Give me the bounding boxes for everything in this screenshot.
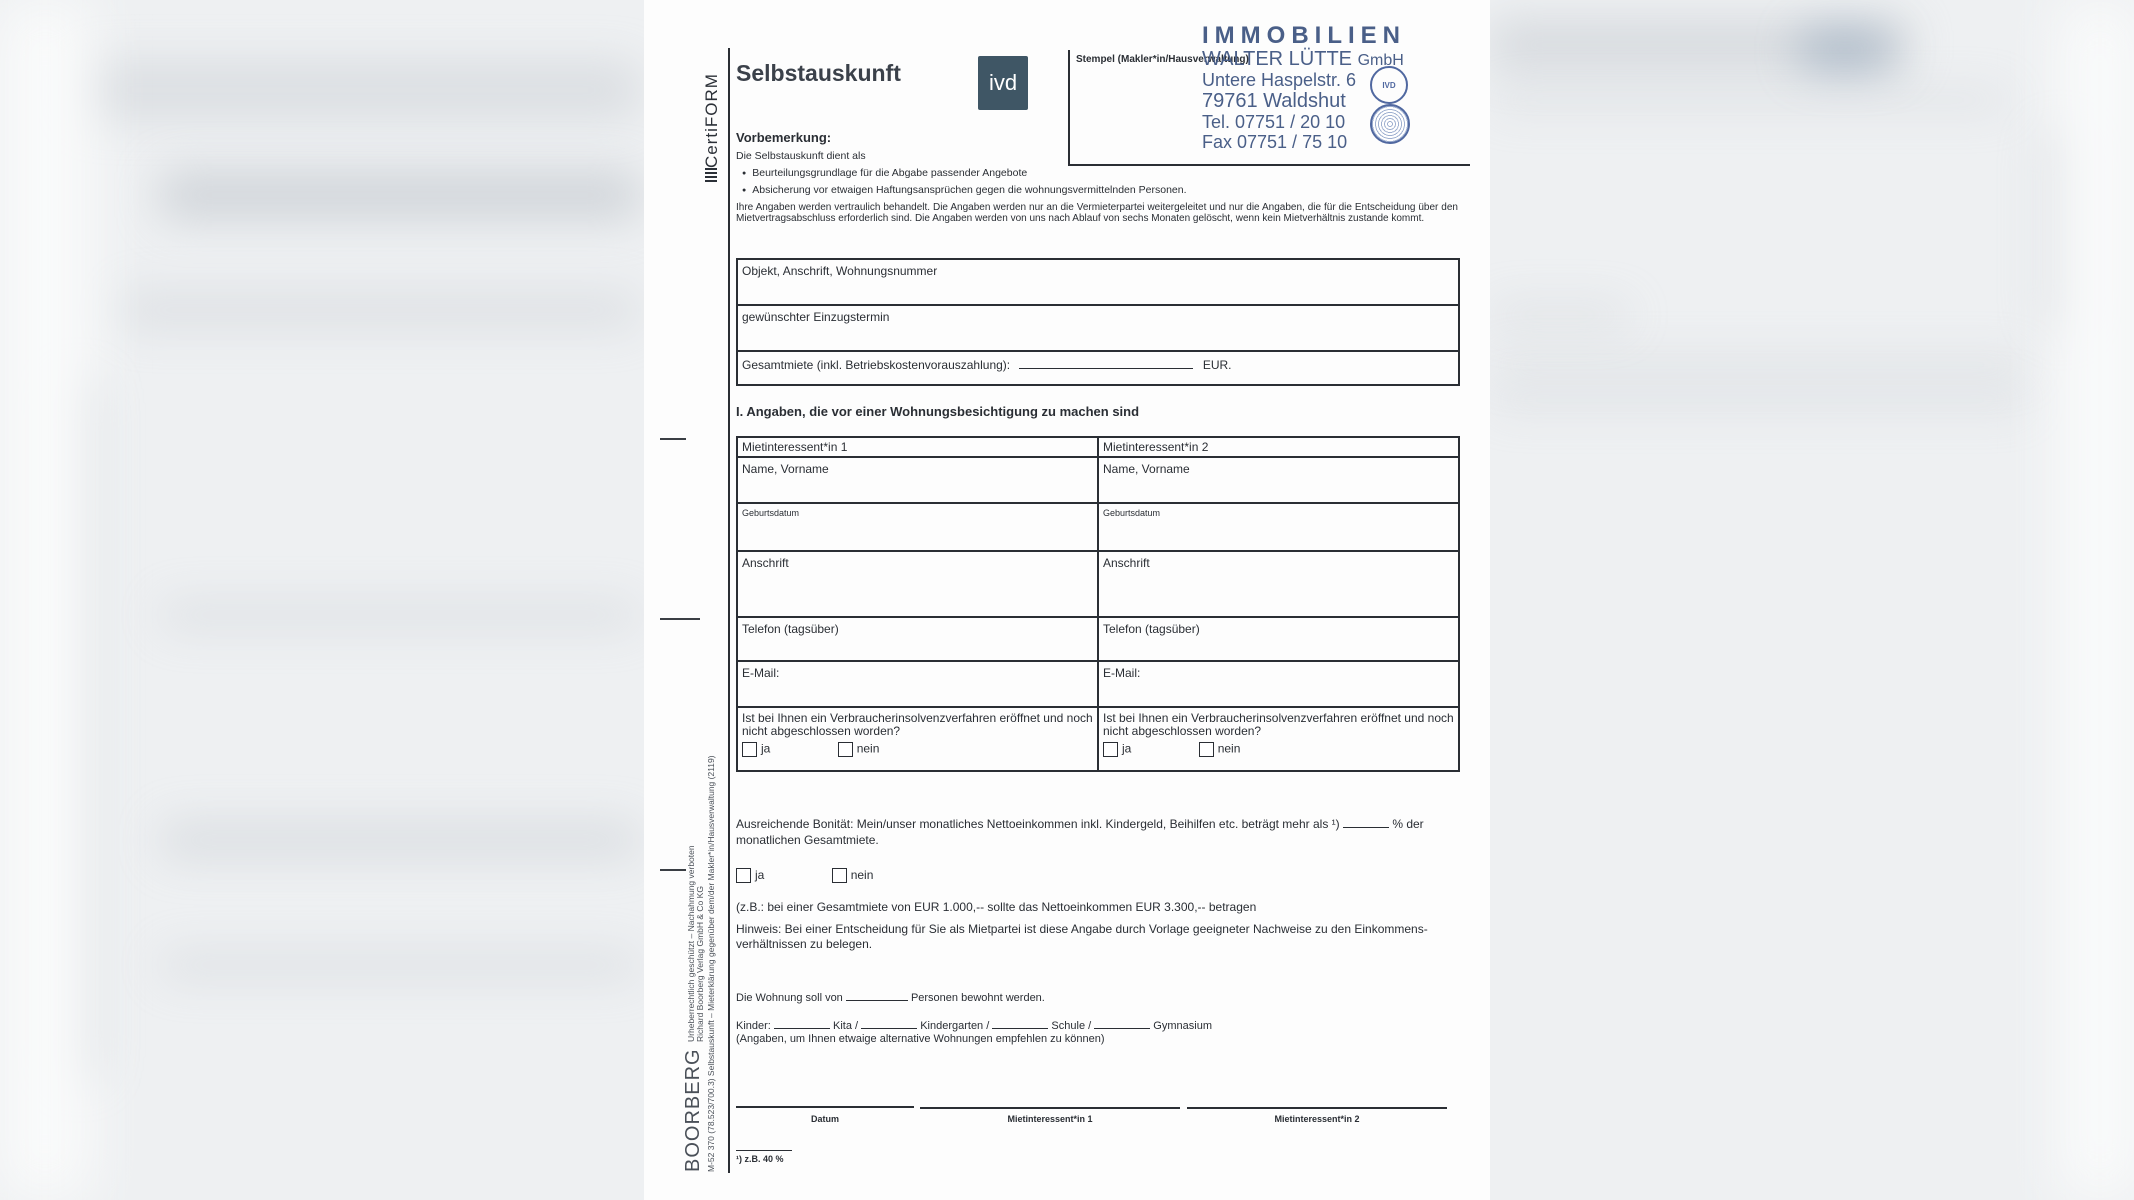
object-label: Objekt, Anschrift, Wohnungsnummer: [742, 264, 1454, 278]
name-label: Name, Vorname: [742, 462, 1093, 476]
movein-field[interactable]: gewünschter Einzugstermin: [737, 305, 1459, 351]
preamble-bullet: Absicherung vor etwaigen Haftungsansprüc…: [742, 184, 1187, 196]
certiform-logo-icon: [705, 168, 717, 182]
occupants-note: (Angaben, um Ihnen etwaige alternative W…: [736, 1033, 1212, 1046]
no-label: nein: [1218, 742, 1241, 756]
credit-yes-checkbox[interactable]: [736, 868, 751, 883]
signature-label-1: Mietinteressent*in 1: [920, 1114, 1180, 1124]
section1-heading: I. Angaben, die vor einer Wohnungsbesich…: [736, 404, 1139, 419]
boorberg-logo: BOORBERG: [682, 1048, 704, 1172]
no-label: nein: [857, 742, 880, 756]
table-row: Name, Vorname Name, Vorname: [737, 457, 1459, 503]
birthdate-field-2[interactable]: Geburtsdatum: [1098, 503, 1459, 551]
footnote-rule: [736, 1150, 792, 1151]
phone-label: Telefon (tagsüber): [742, 622, 1093, 636]
insolvency-question: Ist bei Ihnen ein Verbraucherinsolvenzve…: [742, 712, 1093, 738]
credit-statement: Ausreichende Bonität: Mein/unser monatli…: [736, 816, 1460, 848]
date-signature-line[interactable]: [736, 1106, 914, 1108]
preamble-bullet: Beurteilungsgrundlage für die Abgabe pas…: [742, 167, 1027, 179]
yes-label: ja: [755, 868, 764, 882]
table-row: Telefon (tagsüber) Telefon (tagsüber): [737, 617, 1459, 661]
kindergarten-label: Kindergarten /: [920, 1020, 989, 1032]
email-field-1[interactable]: E-Mail:: [737, 661, 1098, 707]
footnote: ¹) z.B. 40 %: [736, 1154, 784, 1164]
gymnasium-label: Gymnasium: [1153, 1020, 1212, 1032]
date-label: Datum: [736, 1114, 914, 1124]
email-label: E-Mail:: [1103, 666, 1454, 680]
kita-label: Kita /: [833, 1020, 858, 1032]
imprint-line3: M-52 370 (78.523/700.3) Selbstauskunft –…: [706, 755, 716, 1172]
email-field-2[interactable]: E-Mail:: [1098, 661, 1459, 707]
birthdate-label: Geburtsdatum: [1103, 508, 1454, 518]
table-row: Geburtsdatum Geburtsdatum: [737, 503, 1459, 551]
children-line: Kinder: Kita / Kindergarten / Schule / G…: [736, 1020, 1212, 1046]
preamble-heading: Vorbemerkung:: [736, 130, 831, 145]
object-field[interactable]: Objekt, Anschrift, Wohnungsnummer: [737, 259, 1459, 305]
credit-hint: Hinweis: Bei einer Entscheidung für Sie …: [736, 922, 1460, 952]
insolvency-cell-2: Ist bei Ihnen ein Verbraucherinsolvenzve…: [1098, 707, 1459, 771]
insolvency-yes-checkbox-2[interactable]: [1103, 742, 1118, 757]
col1-header: Mietinteressent*in 1: [737, 437, 1098, 457]
insolvency-cell-1: Ist bei Ihnen ein Verbraucherinsolvenzve…: [737, 707, 1098, 771]
gymnasium-input[interactable]: [1094, 1028, 1150, 1029]
margin-rule: [728, 48, 730, 1173]
object-details-box: Objekt, Anschrift, Wohnungsnummer gewüns…: [736, 258, 1460, 386]
email-label: E-Mail:: [742, 666, 1093, 680]
insolvency-no-checkbox-1[interactable]: [838, 742, 853, 757]
children-label: Kinder:: [736, 1020, 771, 1032]
kita-input[interactable]: [774, 1028, 830, 1029]
address-field-2[interactable]: Anschrift: [1098, 551, 1459, 617]
credit-choice: ja nein: [736, 868, 873, 883]
table-header-row: Mietinteressent*in 1 Mietinteressent*in …: [737, 437, 1459, 457]
yes-label: ja: [761, 742, 770, 756]
privacy-notice: Ihre Angaben werden vertraulich behandel…: [736, 202, 1458, 224]
form-title: Selbstauskunft: [736, 60, 901, 87]
rent-input[interactable]: [1019, 368, 1193, 369]
insolvency-question: Ist bei Ihnen ein Verbraucherinsolvenzve…: [1103, 712, 1454, 738]
certiform-brand: CertiFORM: [700, 48, 726, 178]
kindergarten-input[interactable]: [861, 1028, 917, 1029]
fold-mark: [660, 618, 700, 620]
ivd-seal-icon: IVD: [1370, 66, 1408, 104]
yes-label: ja: [1122, 742, 1131, 756]
insolvency-no-checkbox-2[interactable]: [1199, 742, 1214, 757]
stamp-company-name: WALTER LÜTTE: [1202, 48, 1352, 70]
stamp-company: WALTER LÜTTE GmbH: [1202, 49, 1406, 69]
school-input[interactable]: [992, 1028, 1048, 1029]
percent-input[interactable]: [1343, 827, 1389, 828]
occupants-text-b: Personen bewohnt werden.: [911, 992, 1045, 1004]
phone-field-1[interactable]: Telefon (tagsüber): [737, 617, 1098, 661]
credit-no-checkbox[interactable]: [832, 868, 847, 883]
address-label: Anschrift: [1103, 556, 1454, 570]
insolvency-yes-checkbox-1[interactable]: [742, 742, 757, 757]
credit-example: (z.B.: bei einer Gesamtmiete von EUR 1.0…: [736, 900, 1256, 914]
signature-line-1[interactable]: [920, 1107, 1180, 1109]
name-field-1[interactable]: Name, Vorname: [737, 457, 1098, 503]
ivd-logo: ivd: [978, 56, 1028, 110]
phone-label: Telefon (tagsüber): [1103, 622, 1454, 636]
credit-text-a: Ausreichende Bonität: Mein/unser monatli…: [736, 817, 1340, 831]
table-row: Anschrift Anschrift: [737, 551, 1459, 617]
stamp-line1: IMMOBILIEN: [1202, 24, 1406, 48]
persons-input[interactable]: [846, 1000, 908, 1001]
col2-header: Mietinteressent*in 2: [1098, 437, 1459, 457]
document-page: CertiFORM Selbstauskunft ivd Stempel (Ma…: [644, 0, 1490, 1200]
stamp-company-suffix: GmbH: [1358, 52, 1404, 69]
no-label: nein: [851, 868, 874, 882]
address-field-1[interactable]: Anschrift: [737, 551, 1098, 617]
rent-label: Gesamtmiete (inkl. Betriebskostenvorausz…: [742, 358, 1010, 372]
movein-label: gewünschter Einzugstermin: [742, 310, 1454, 324]
signature-line-2[interactable]: [1187, 1107, 1447, 1109]
preamble-intro: Die Selbstauskunft dient als: [736, 150, 866, 162]
birthdate-field-1[interactable]: Geburtsdatum: [737, 503, 1098, 551]
school-label: Schule /: [1051, 1020, 1091, 1032]
occupants-text-a: Die Wohnung soll von: [736, 992, 843, 1004]
certiform-text: CertiFORM: [702, 48, 722, 168]
imprint-line2: Richard Boorberg Verlag GmbH & Co KG: [696, 845, 705, 1042]
publisher-imprint: BOORBERG Urheberrechtlich geschützt – Na…: [682, 845, 705, 1172]
fold-mark: [660, 438, 686, 440]
address-label: Anschrift: [742, 556, 1093, 570]
table-row: E-Mail: E-Mail:: [737, 661, 1459, 707]
rent-unit: EUR.: [1203, 358, 1232, 372]
chamber-seal-icon: [1370, 104, 1410, 144]
table-row: Ist bei Ihnen ein Verbraucherinsolvenzve…: [737, 707, 1459, 771]
applicants-table: Mietinteressent*in 1 Mietinteressent*in …: [736, 436, 1460, 772]
birthdate-label: Geburtsdatum: [742, 508, 1093, 518]
phone-field-2[interactable]: Telefon (tagsüber): [1098, 617, 1459, 661]
rent-row: Gesamtmiete (inkl. Betriebskostenvorausz…: [737, 351, 1459, 385]
signature-label-2: Mietinteressent*in 2: [1187, 1114, 1447, 1124]
name-field-2[interactable]: Name, Vorname: [1098, 457, 1459, 503]
occupants-line: Die Wohnung soll von Personen bewohnt we…: [736, 992, 1045, 1004]
name-label: Name, Vorname: [1103, 462, 1454, 476]
